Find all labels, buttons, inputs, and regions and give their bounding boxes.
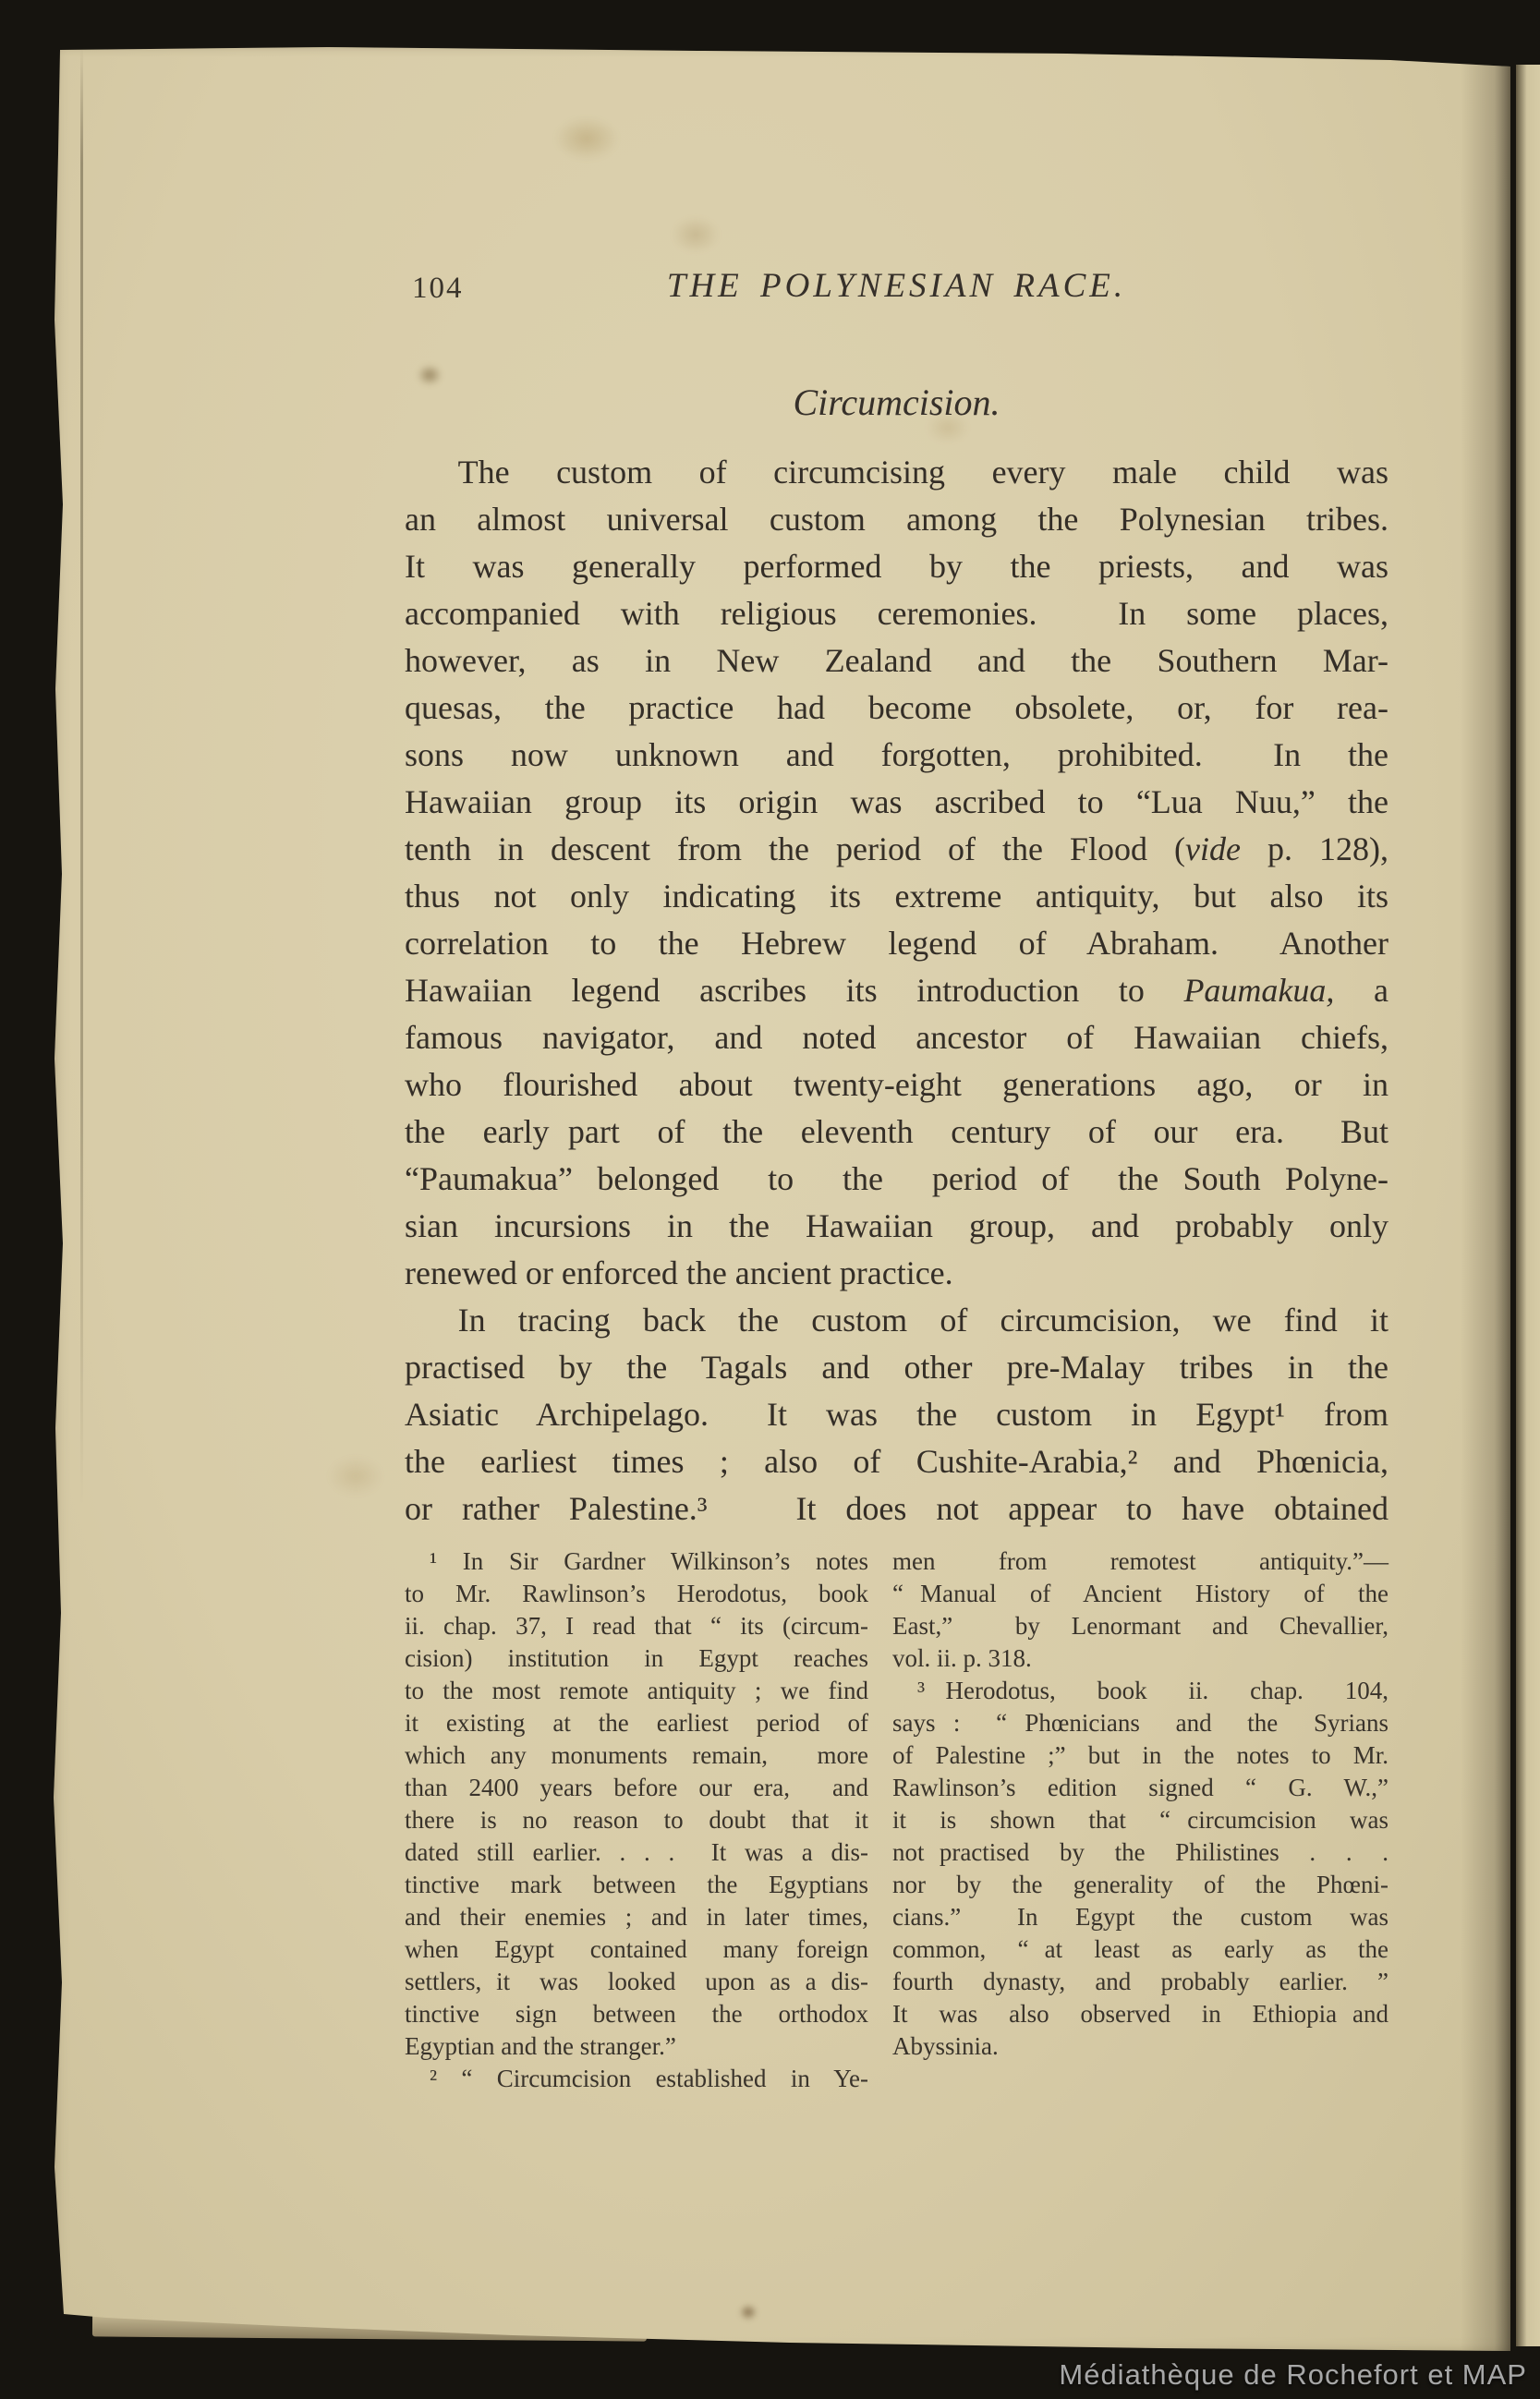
text-line: ² “ Circumcision established in Ye-: [405, 2063, 868, 2095]
text-line: when Egypt contained many foreign: [405, 1933, 868, 1966]
text-line: or rather Palestine.³ It does not appear…: [405, 1485, 1388, 1533]
text-line: of Palestine ;” but in the notes to Mr.: [892, 1739, 1388, 1772]
text-line: East,” by Lenormant and Chevallier,: [892, 1610, 1388, 1642]
watermark: Médiathèque de Rochefort et MAP: [1059, 2358, 1527, 2392]
text-line: Hawaiian legend ascribes its introductio…: [405, 967, 1388, 1014]
text-line: ¹ In Sir Gardner Wilkinson’s notes: [405, 1545, 868, 1578]
adjacent-page-edge: [1516, 65, 1540, 2346]
paper-stain: [672, 216, 720, 253]
running-head: 104 THE POLYNESIAN RACE.: [405, 266, 1388, 310]
text-line: ³ Herodotus, book ii. chap. 104,: [892, 1675, 1388, 1707]
text-line: to Mr. Rawlinson’s Herodotus, book: [405, 1578, 868, 1610]
paragraph-2: In tracing back the custom of circumcisi…: [405, 1297, 1388, 1533]
text-line: Hawaiian group its origin was ascribed t…: [405, 779, 1388, 826]
text-line: and their enemies ; and in later times,: [405, 1901, 868, 1933]
text-line: accompanied with religious ceremonies. I…: [405, 590, 1388, 637]
text-line: correlation to the Hebrew legend of Abra…: [405, 920, 1388, 967]
footnote-column-left: ¹ In Sir Gardner Wilkinson’s notesto Mr.…: [405, 1545, 868, 2095]
text-line: tinctive mark between the Egyptians: [405, 1869, 868, 1901]
text-line: The custom of circumcising every male ch…: [405, 449, 1388, 496]
footnote-column-right: men from remotest antiquity.”—“ Manual o…: [892, 1545, 1388, 2095]
text-line: cision) institution in Egypt reaches: [405, 1642, 868, 1675]
text-line: It was generally performed by the priest…: [405, 543, 1388, 590]
body-text: The custom of circumcising every male ch…: [405, 449, 1388, 1533]
text-line: however, as in New Zealand and the South…: [405, 637, 1388, 685]
text-line: sons now unknown and forgotten, prohibit…: [405, 732, 1388, 779]
paper-stain: [739, 2304, 758, 2320]
running-head-title: THE POLYNESIAN RACE.: [405, 266, 1388, 306]
text-line: the earliest times ; also of Cushite-Ara…: [405, 1438, 1388, 1485]
section-heading: Circumcision.: [405, 381, 1388, 424]
text-line: Asiatic Archipelago. It was the custom i…: [405, 1391, 1388, 1438]
paper-stain: [554, 116, 619, 161]
scanned-book-photo: 104 THE POLYNESIAN RACE. Circumcision. T…: [0, 0, 1540, 2399]
text-line: to the most remote antiquity ; we find: [405, 1675, 868, 1707]
book-page: 104 THE POLYNESIAN RACE. Circumcision. T…: [51, 42, 1510, 2352]
text-line: ii. chap. 37, I read that “ its (circum-: [405, 1610, 868, 1642]
text-line: vol. ii. p. 318.: [892, 1642, 1388, 1675]
text-line: tinctive sign between the orthodox: [405, 1998, 868, 2030]
text-line: renewed or enforced the ancient practice…: [405, 1250, 1388, 1297]
text-line: which any monuments remain, more: [405, 1739, 868, 1772]
text-line: nor by the generality of the Phœni-: [892, 1869, 1388, 1901]
text-line: it is shown that “ circumcision was: [892, 1804, 1388, 1836]
text-line: It was also observed in Ethiopia and: [892, 1998, 1388, 2030]
text-line: famous navigator, and noted ancestor of …: [405, 1014, 1388, 1061]
book-gutter-shadow: [1461, 42, 1510, 2352]
text-line: Abyssinia.: [892, 2030, 1388, 2063]
text-line: sian incursions in the Hawaiian group, a…: [405, 1203, 1388, 1250]
text-line: an almost universal custom among the Pol…: [405, 496, 1388, 543]
text-line: tenth in descent from the period of the …: [405, 826, 1388, 873]
text-line: fourth dynasty, and probably earlier. ”: [892, 1966, 1388, 1998]
page-crease: [80, 46, 83, 1506]
text-line: than 2400 years before our era, and: [405, 1772, 868, 1804]
text-line: settlers, it was looked upon as a dis-: [405, 1966, 868, 1998]
page-number: 104: [412, 272, 464, 306]
text-line: dated still earlier. . . . It was a dis-: [405, 1836, 868, 1869]
text-line: quesas, the practice had become obsolete…: [405, 685, 1388, 732]
text-line: says : “ Phœnicians and the Syrians: [892, 1707, 1388, 1739]
text-line: In tracing back the custom of circumcisi…: [405, 1297, 1388, 1344]
text-line: the early part of the eleventh century o…: [405, 1109, 1388, 1156]
text-line: common, “ at least as early as the: [892, 1933, 1388, 1966]
text-line: “Paumakua” belonged to the period of the…: [405, 1156, 1388, 1203]
text-line: Rawlinson’s edition signed “ G. W.,”: [892, 1772, 1388, 1804]
text-line: men from remotest antiquity.”—: [892, 1545, 1388, 1578]
footnotes: ¹ In Sir Gardner Wilkinson’s notesto Mr.…: [405, 1545, 1388, 2095]
paragraph-1: The custom of circumcising every male ch…: [405, 449, 1388, 1297]
text-line: it existing at the earliest period of: [405, 1707, 868, 1739]
text-line: there is no reason to doubt that it: [405, 1804, 868, 1836]
text-line: Egyptian and the stranger.”: [405, 2030, 868, 2063]
text-line: who flourished about twenty-eight genera…: [405, 1061, 1388, 1109]
text-line: thus not only indicating its extreme ant…: [405, 873, 1388, 920]
paper-stain: [328, 1456, 383, 1496]
text-line: “ Manual of Ancient History of the: [892, 1578, 1388, 1610]
text-line: not practised by the Philistines . . .: [892, 1836, 1388, 1869]
text-line: practised by the Tagals and other pre-Ma…: [405, 1344, 1388, 1391]
text-line: cians.” In Egypt the custom was: [892, 1901, 1388, 1933]
